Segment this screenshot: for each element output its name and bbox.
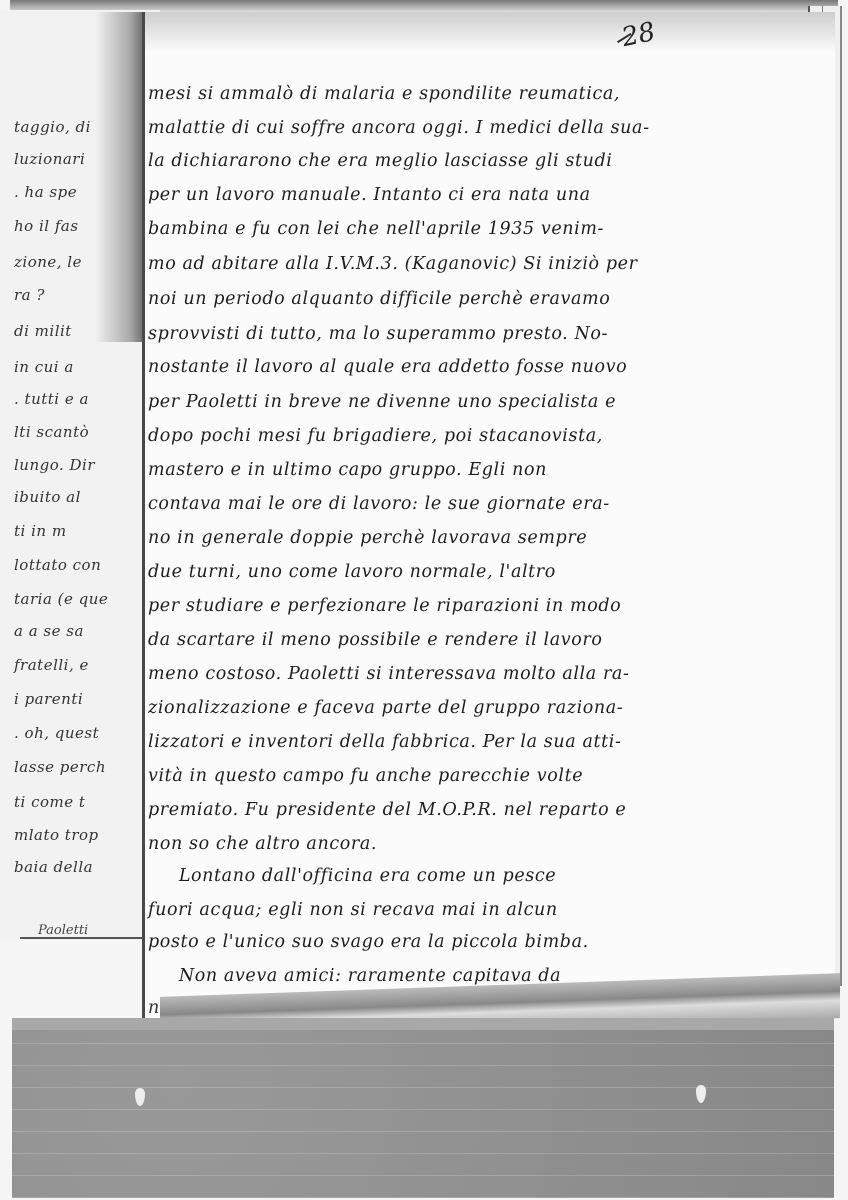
underlying-fragment: di milit: [14, 322, 72, 340]
manuscript-line: per studiare e perfezionare le riparazio…: [148, 596, 621, 616]
manuscript-line: nostante il lavoro al quale era addetto …: [148, 357, 627, 377]
manuscript-line: fuori acqua; egli non si recava mai in a…: [148, 900, 558, 920]
manuscript-line: dopo pochi mesi fu brigadiere, poi staca…: [148, 426, 603, 446]
manuscript-line: lizzatori e inventori della fabbrica. Pe…: [148, 732, 621, 752]
underlying-page-shadow: [95, 12, 145, 342]
underlying-fragment: . ha spe: [14, 183, 77, 201]
underlying-fragment: in cui a: [14, 358, 74, 376]
manuscript-line: non so che altro ancora.: [148, 834, 377, 854]
manuscript-line: mastero e in ultimo capo gruppo. Egli no…: [148, 460, 547, 480]
manuscript-line: zionalizzazione e faceva parte del grupp…: [148, 698, 623, 718]
underlying-fragment: a a se sa: [14, 622, 84, 640]
underlying-fragment: ra ?: [14, 286, 45, 304]
underlying-fragment: . tutti e a: [14, 390, 89, 408]
underlying-fragment: luzionari: [14, 150, 85, 168]
manuscript-line: vità in questo campo fu anche parecchie …: [148, 766, 583, 786]
underlying-fragment: ti in m: [14, 522, 67, 540]
manuscript-line: meno costoso. Paoletti si interessava mo…: [148, 664, 629, 684]
manuscript-line: mo ad abitare alla I.V.M.3. (Kaganovic) …: [148, 254, 638, 274]
underlying-fragment: ho il fas: [14, 217, 79, 235]
scanned-document: taggio, di luzionari . ha spe ho il fas …: [0, 0, 848, 1200]
underlying-fragment: taria (e que: [14, 590, 108, 608]
underlying-fragment: . oh, quest: [14, 724, 99, 742]
manuscript-line: sprovvisti di tutto, ma lo superammo pre…: [148, 324, 608, 344]
manuscript-line: bambina e fu con lei che nell'aprile 193…: [148, 219, 604, 239]
manuscript-line: per Paoletti in breve ne divenne uno spe…: [148, 392, 616, 412]
manuscript-line: mesi si ammalò di malaria e spondilite r…: [148, 84, 620, 104]
manuscript-line: da scartare il meno possibile e rendere …: [148, 630, 602, 650]
underlying-fragment: ti come t: [14, 793, 85, 811]
manuscript-line: per un lavoro manuale. Intanto ci era na…: [148, 185, 591, 205]
underlying-fragment: taggio, di: [14, 118, 91, 136]
underlying-fragment: i parenti: [14, 690, 83, 708]
underlying-fragment: lti scantò: [14, 423, 89, 441]
underlying-fragment: lottato con: [14, 556, 101, 574]
manuscript-line: contava mai le ore di lavoro: le sue gio…: [148, 494, 610, 514]
manuscript-line: due turni, uno come lavoro normale, l'al…: [148, 562, 556, 582]
underlying-fragment: mlato trop: [14, 826, 99, 844]
manuscript-line: Lontano dall'officina era come un pesce: [148, 866, 556, 886]
manuscript-line: malattie di cui soffre ancora oggi. I me…: [148, 118, 650, 138]
manuscript-line: noi un periodo alquanto difficile perchè…: [148, 289, 610, 309]
underlying-fragment: zione, le: [14, 253, 82, 271]
underlying-page-edge: [20, 937, 160, 939]
manuscript-line: posto e l'unico suo svago era la piccola…: [148, 932, 589, 952]
underlying-fragment: ibuito al: [14, 488, 81, 506]
underlying-fragment: fratelli, e: [14, 656, 89, 674]
underlying-fragment: baia della: [14, 858, 93, 876]
manuscript-line: no in generale doppie perchè lavorava se…: [148, 528, 587, 548]
underlying-fragment: lasse perch: [14, 758, 106, 776]
scanner-background: [12, 1030, 834, 1198]
scan-smudge: [145, 12, 835, 52]
manuscript-line: premiato. Fu presidente del M.O.P.R. nel…: [148, 800, 626, 820]
underlying-fragment: lungo. Dir: [14, 456, 95, 474]
manuscript-line: la dichiararono che era meglio lasciasse…: [148, 151, 612, 171]
manuscript-line: Non aveva amici: raramente capitava da: [148, 966, 561, 986]
underlying-signature: Paoletti: [38, 923, 88, 938]
